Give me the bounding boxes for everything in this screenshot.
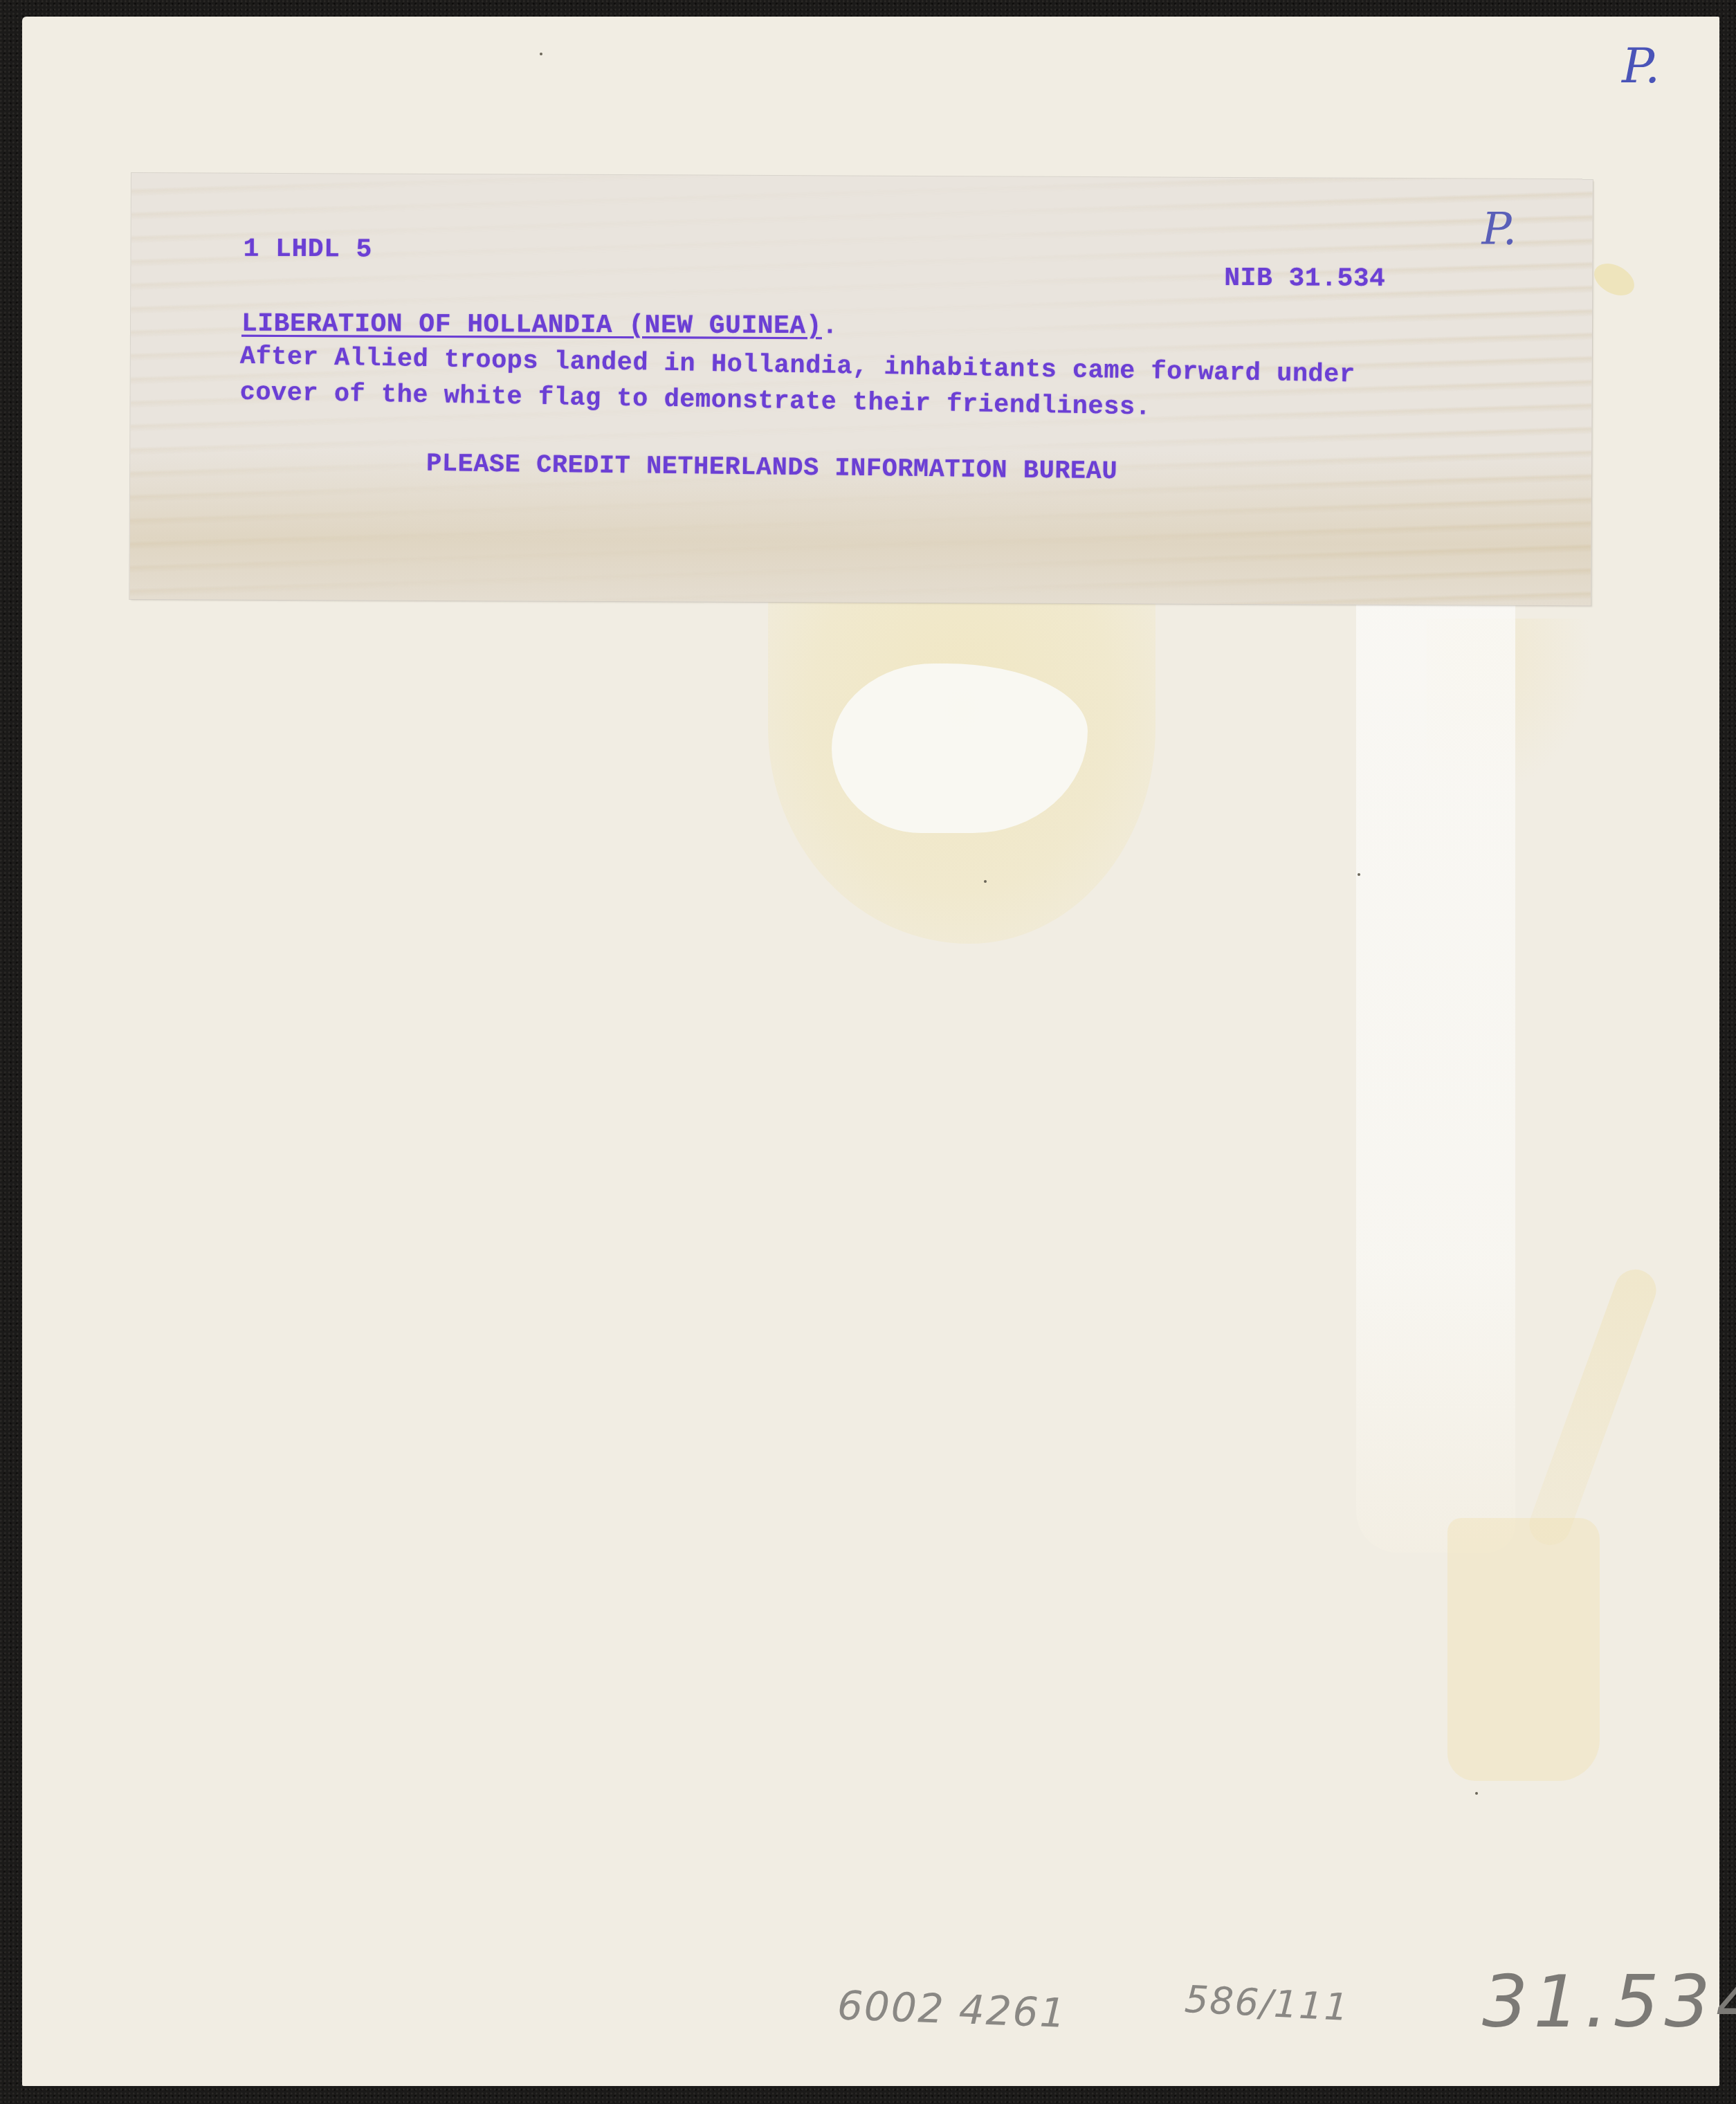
reference-number: 586/111 [1184, 1977, 1351, 2029]
glue-streak [1524, 1263, 1662, 1550]
speck [984, 880, 987, 883]
photo-number: 31.534 [1482, 1959, 1736, 2044]
speck [1358, 873, 1360, 876]
headline-period: . [822, 311, 838, 341]
headline-text: LIBERATION OF HOLLANDIA (NEW GUINEA) [241, 309, 822, 342]
speck [540, 53, 542, 55]
credit-line: PLEASE CREDIT NETHERLANDS INFORMATION BU… [426, 450, 1117, 486]
nib-number: NIB 31.534 [1224, 264, 1385, 294]
caption-label: 1 LHDL 5 NIB 31.534 P. LIBERATION OF HOL… [129, 173, 1593, 605]
glue-drip [1589, 257, 1640, 302]
reference-code: 1 LHDL 5 [243, 235, 372, 265]
glue-stain [1447, 1518, 1600, 1781]
abraded-patch [832, 664, 1088, 833]
photo-back-paper: P. 1 LHDL 5 NIB 31.534 P. LIBERATION OF … [22, 17, 1719, 2086]
glue-stain [1427, 619, 1593, 798]
corner-handwritten-mark: P. [1622, 37, 1660, 94]
speck [1475, 1792, 1478, 1795]
glue-stain [768, 584, 1155, 944]
headline: LIBERATION OF HOLLANDIA (NEW GUINEA). [241, 309, 838, 342]
label-handwritten-mark: P. [1482, 204, 1517, 255]
inventory-number: 6002 4261 [837, 1982, 1068, 2037]
caption-line: cover of the white flag to demonstrate t… [239, 378, 1151, 423]
abraded-strip [1356, 598, 1515, 1553]
